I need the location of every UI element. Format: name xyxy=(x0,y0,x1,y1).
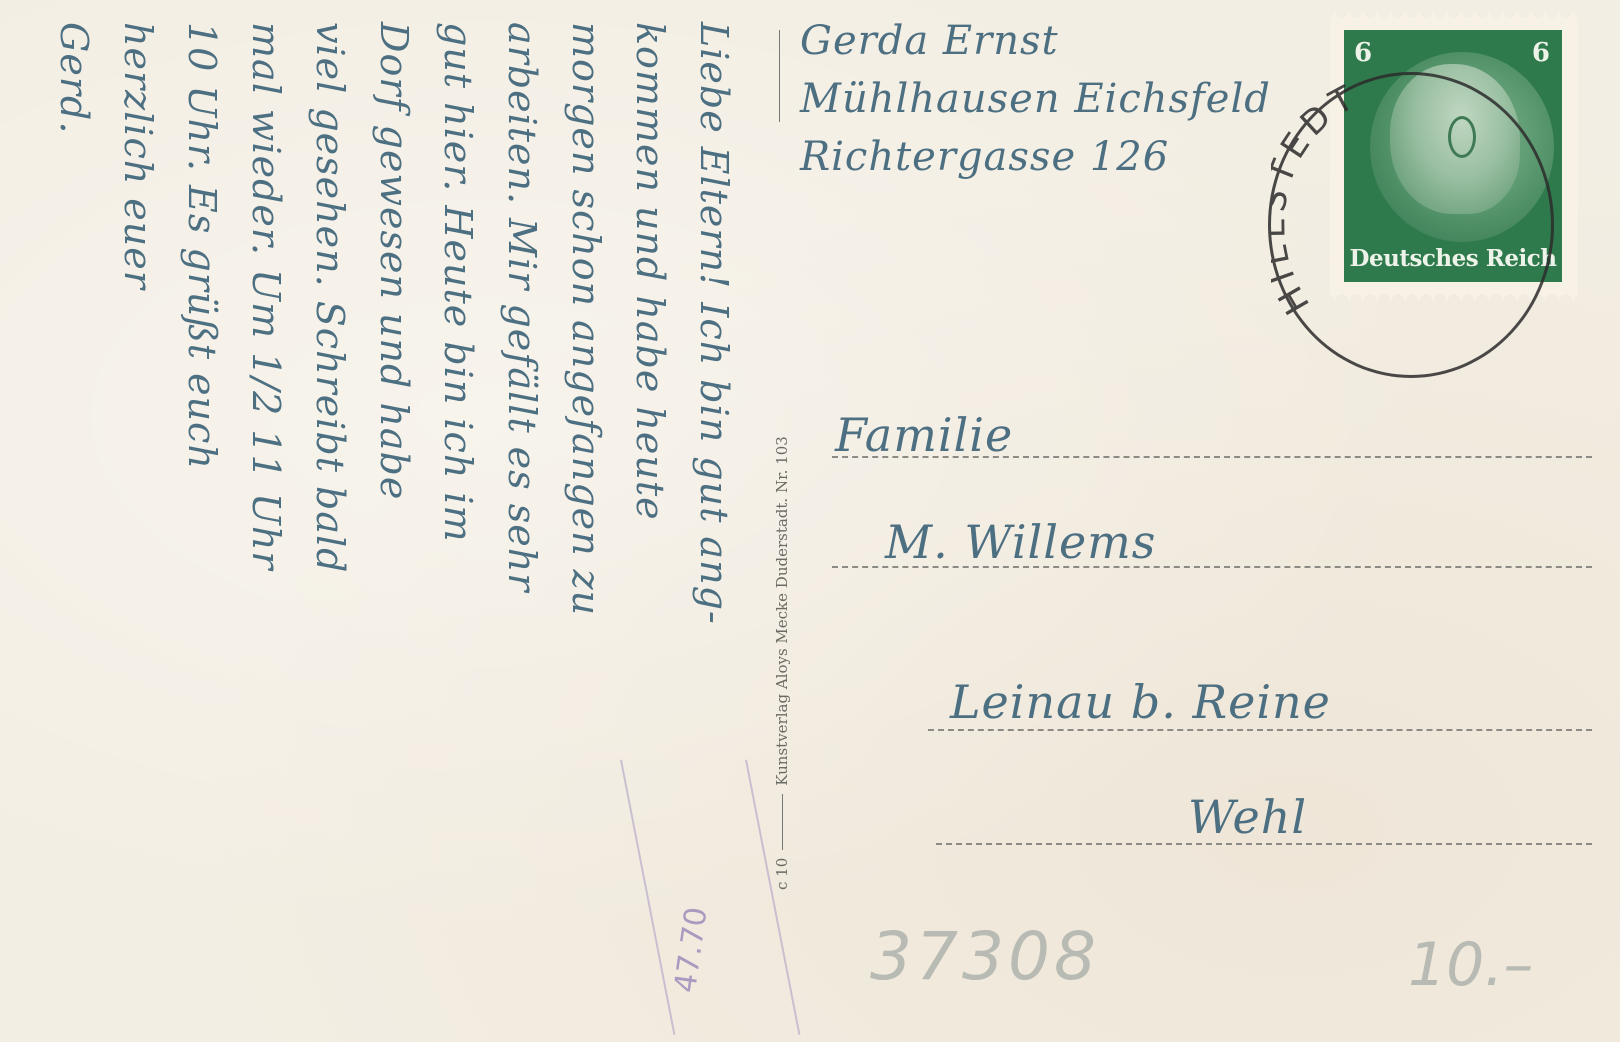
message-line: Dorf gewesen und habe xyxy=(370,22,418,500)
imprint-rule xyxy=(782,794,783,850)
address-dotted-line xyxy=(928,729,1592,731)
sender-line: Gerda Ernst xyxy=(800,12,1271,70)
divider-line xyxy=(779,30,780,122)
stamp-value: 6 xyxy=(1532,38,1550,68)
svg-text:HILLSTEDT: HILLSTEDT xyxy=(1271,76,1366,321)
sender-line: Mühlhausen Eichsfeld xyxy=(800,70,1271,128)
message-line: 10 Uhr. Es grüßt euch xyxy=(178,22,226,470)
price-note: 10.– xyxy=(1408,930,1533,1000)
recipient-line: M. Willems xyxy=(885,515,1156,569)
message-line: Liebe Eltern! Ich bin gut ang- xyxy=(690,22,738,625)
message-line: viel gesehen. Schreibt bald xyxy=(306,22,354,573)
postcard-back: Liebe Eltern! Ich bin gut ang-kommen und… xyxy=(0,0,1620,1042)
imprint-text: Kunstverlag Aloys Mecke Duderstadt. Nr. … xyxy=(773,436,791,786)
address-dotted-line xyxy=(832,566,1592,568)
message-line: arbeiten. Mir gefällt es sehr xyxy=(498,22,546,592)
message-line: kommen und habe heute xyxy=(626,22,674,521)
sender-line: Richtergasse 126 xyxy=(800,128,1271,186)
address-dotted-line xyxy=(936,843,1592,845)
message-line: herzlich euer xyxy=(114,22,162,290)
address-dotted-line xyxy=(832,456,1592,458)
sender-address: Gerda Ernst Mühlhausen Eichsfeld Richter… xyxy=(800,12,1271,186)
imprint-code: c 10 xyxy=(773,858,791,890)
message-line: mal wieder. Um 1/2 11 Uhr xyxy=(242,22,290,571)
postmark-text: HILLSTEDT xyxy=(1271,75,1551,375)
recipient-line: Wehl xyxy=(1188,790,1307,844)
recipient-line: Leinau b. Reine xyxy=(950,675,1331,729)
recipient-line: Familie xyxy=(835,408,1013,462)
message-line: morgen schon angefangen zu xyxy=(562,22,610,616)
catalog-number: 37308 xyxy=(870,918,1100,995)
stamp-value: 6 xyxy=(1354,38,1372,68)
postmark-circle-icon: HILLSTEDT xyxy=(1268,72,1554,378)
message-line: Gerd. xyxy=(50,22,98,134)
publisher-imprint: c 10 Kunstverlag Aloys Mecke Duderstadt.… xyxy=(773,160,791,890)
message-line: gut hier. Heute bin ich im xyxy=(434,22,482,543)
